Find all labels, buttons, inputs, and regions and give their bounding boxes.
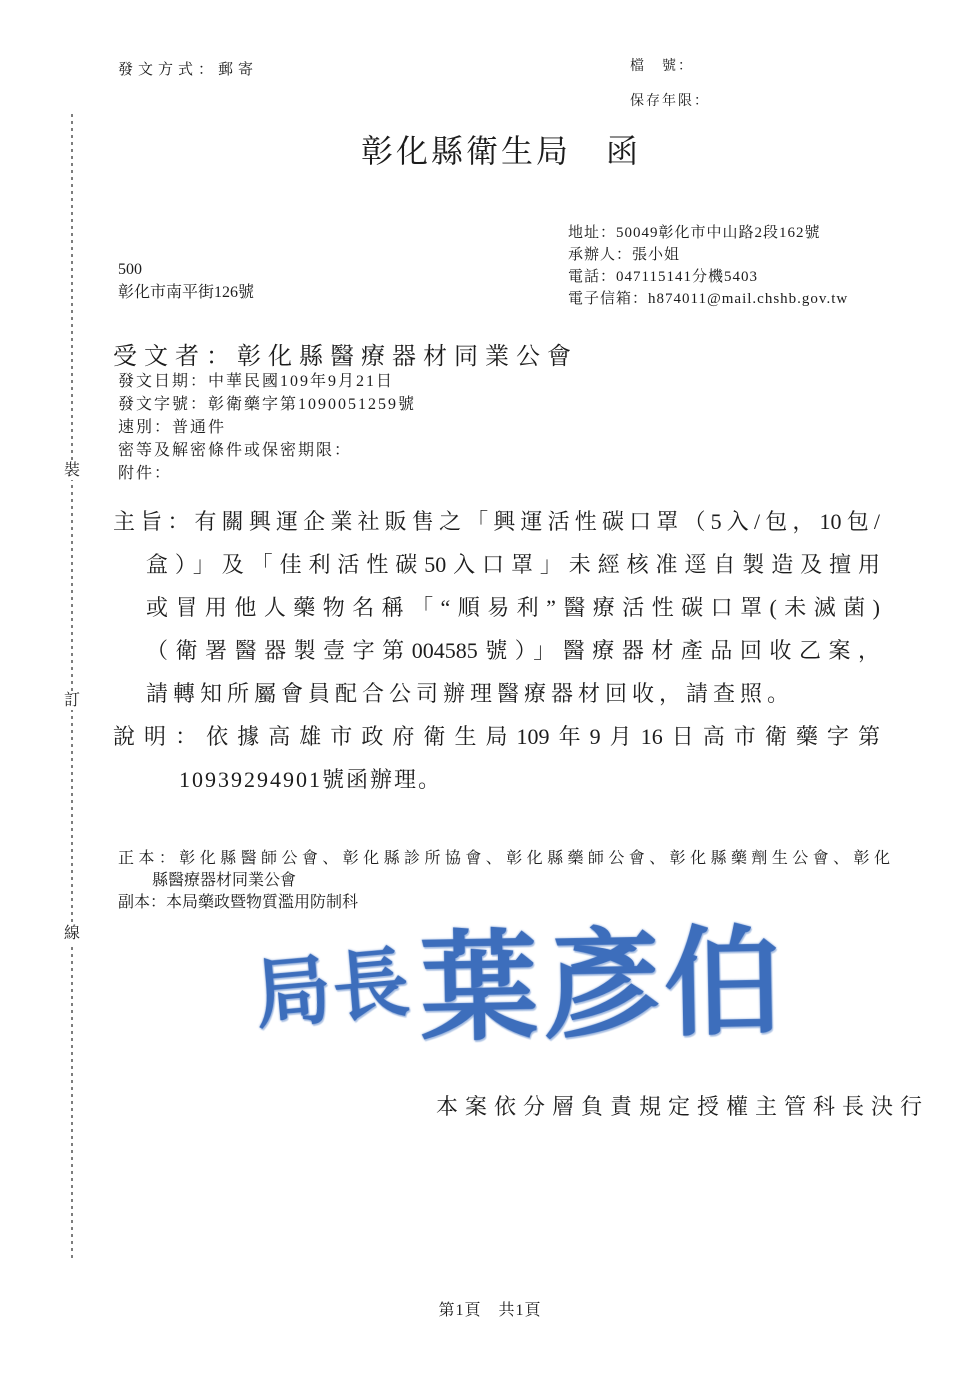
director-name-stamp: 葉彥伯: [419, 925, 787, 1049]
contact-phone: 電話：047115141分機5403: [568, 266, 848, 288]
contact-person: 承辦人：張小姐: [568, 244, 848, 266]
sender-contact-block: 地址：50049彰化市中山路2段162號 承辦人：張小姐 電話：04711514…: [568, 222, 848, 310]
binding-mark-ding: 訂: [63, 692, 81, 710]
subject-line: 或冒用他人藥物名稱「“順易利”醫療活性碳口罩(未滅菌): [113, 586, 880, 629]
issue-number: 發文字號：彰衛藥字第1090051259號: [118, 393, 416, 416]
official-letter-page: 裝 訂 線 發文方式：郵寄 檔 號： 保存年限： 彰化縣衛生局 函 地址：500…: [0, 0, 980, 1386]
issue-date: 發文日期：中華民國109年9月21日: [118, 370, 416, 393]
distribution-block: 正本：彰化縣醫師公會、彰化縣診所協會、彰化縣藥師公會、彰化縣藥劑生公會、彰化 縣…: [118, 848, 890, 914]
page-number: 第1頁 共1頁: [0, 1297, 980, 1320]
binding-mark-xian: 線: [63, 925, 81, 943]
description-line: 10939294901號函辦理。: [113, 758, 880, 801]
subject-text: 有關興運企業社販售之「興運活性碳口罩（5入/包，10包/: [195, 509, 881, 534]
original-label: 正本：: [118, 850, 179, 867]
original-text: 彰化縣醫師公會、彰化縣診所協會、彰化縣藥師公會、彰化縣藥劑生公會、彰化: [179, 850, 890, 867]
contact-email: 電子信箱：h874011@mail.chshb.gov.tw: [568, 288, 848, 310]
binding-mark-zhuang: 裝: [63, 462, 81, 480]
copy-text: 本局藥政暨物質濫用防制科: [166, 894, 358, 911]
description-text: 依據高雄市政府衛生局109年9月16日高市衛藥字第: [206, 724, 880, 749]
subject-line: 盒）」及「佳利活性碳50入口罩」未經核准逕自製造及擅用: [113, 543, 880, 586]
delegation-note: 本案依分層負責規定授權主管科長決行: [436, 1090, 929, 1121]
document-title: 彰化縣衛生局 函: [22, 126, 980, 172]
street-address: 彰化市南平街126號: [118, 281, 254, 304]
subject-label: 主旨：: [113, 509, 195, 534]
subject-line: 主旨：有關興運企業社販售之「興運活性碳口罩（5入/包，10包/: [113, 500, 880, 543]
attachment: 附件：: [118, 462, 416, 485]
description-line: 說明：依據高雄市政府衛生局109年9月16日高市衛藥字第: [113, 715, 880, 758]
director-title-stamp: 局長: [252, 945, 414, 1034]
delivery-method: 發文方式：郵寄: [118, 58, 258, 79]
document-meta-block: 發文日期：中華民國109年9月21日 發文字號：彰衛藥字第1090051259號…: [118, 370, 416, 485]
copy-label: 副本：: [118, 894, 166, 911]
binding-dotted-line: [71, 114, 73, 1260]
sender-address: 地址：50049彰化市中山路2段162號: [568, 222, 848, 244]
recipient-line: 受文者：彰化縣醫療器材同業公會: [113, 336, 578, 371]
subject-line: 請轉知所屬會員配合公司辦理醫療器材回收，請查照。: [113, 672, 880, 715]
mailing-address-block: 500 彰化市南平街126號: [118, 258, 254, 304]
subject-line: （衛署醫器製壹字第004585號）」醫療器材產品回收乙案，: [113, 629, 880, 672]
original-recipients-line: 正本：彰化縣醫師公會、彰化縣診所協會、彰化縣藥師公會、彰化縣藥劑生公會、彰化: [118, 848, 890, 870]
security-class: 密等及解密條件或保密期限：: [118, 439, 416, 462]
description-label: 說明：: [113, 724, 206, 749]
retention-period-label: 保存年限：: [630, 90, 710, 110]
original-recipients-line: 縣醫療器材同業公會: [118, 870, 890, 892]
postal-code: 500: [118, 258, 254, 281]
file-number-label: 檔 號：: [630, 55, 694, 75]
copy-recipients-line: 副本：本局藥政暨物質濫用防制科: [118, 892, 890, 914]
letter-body: 主旨：有關興運企業社販售之「興運活性碳口罩（5入/包，10包/ 盒）」及「佳利活…: [113, 500, 880, 801]
speed-class: 速別：普通件: [118, 416, 416, 439]
